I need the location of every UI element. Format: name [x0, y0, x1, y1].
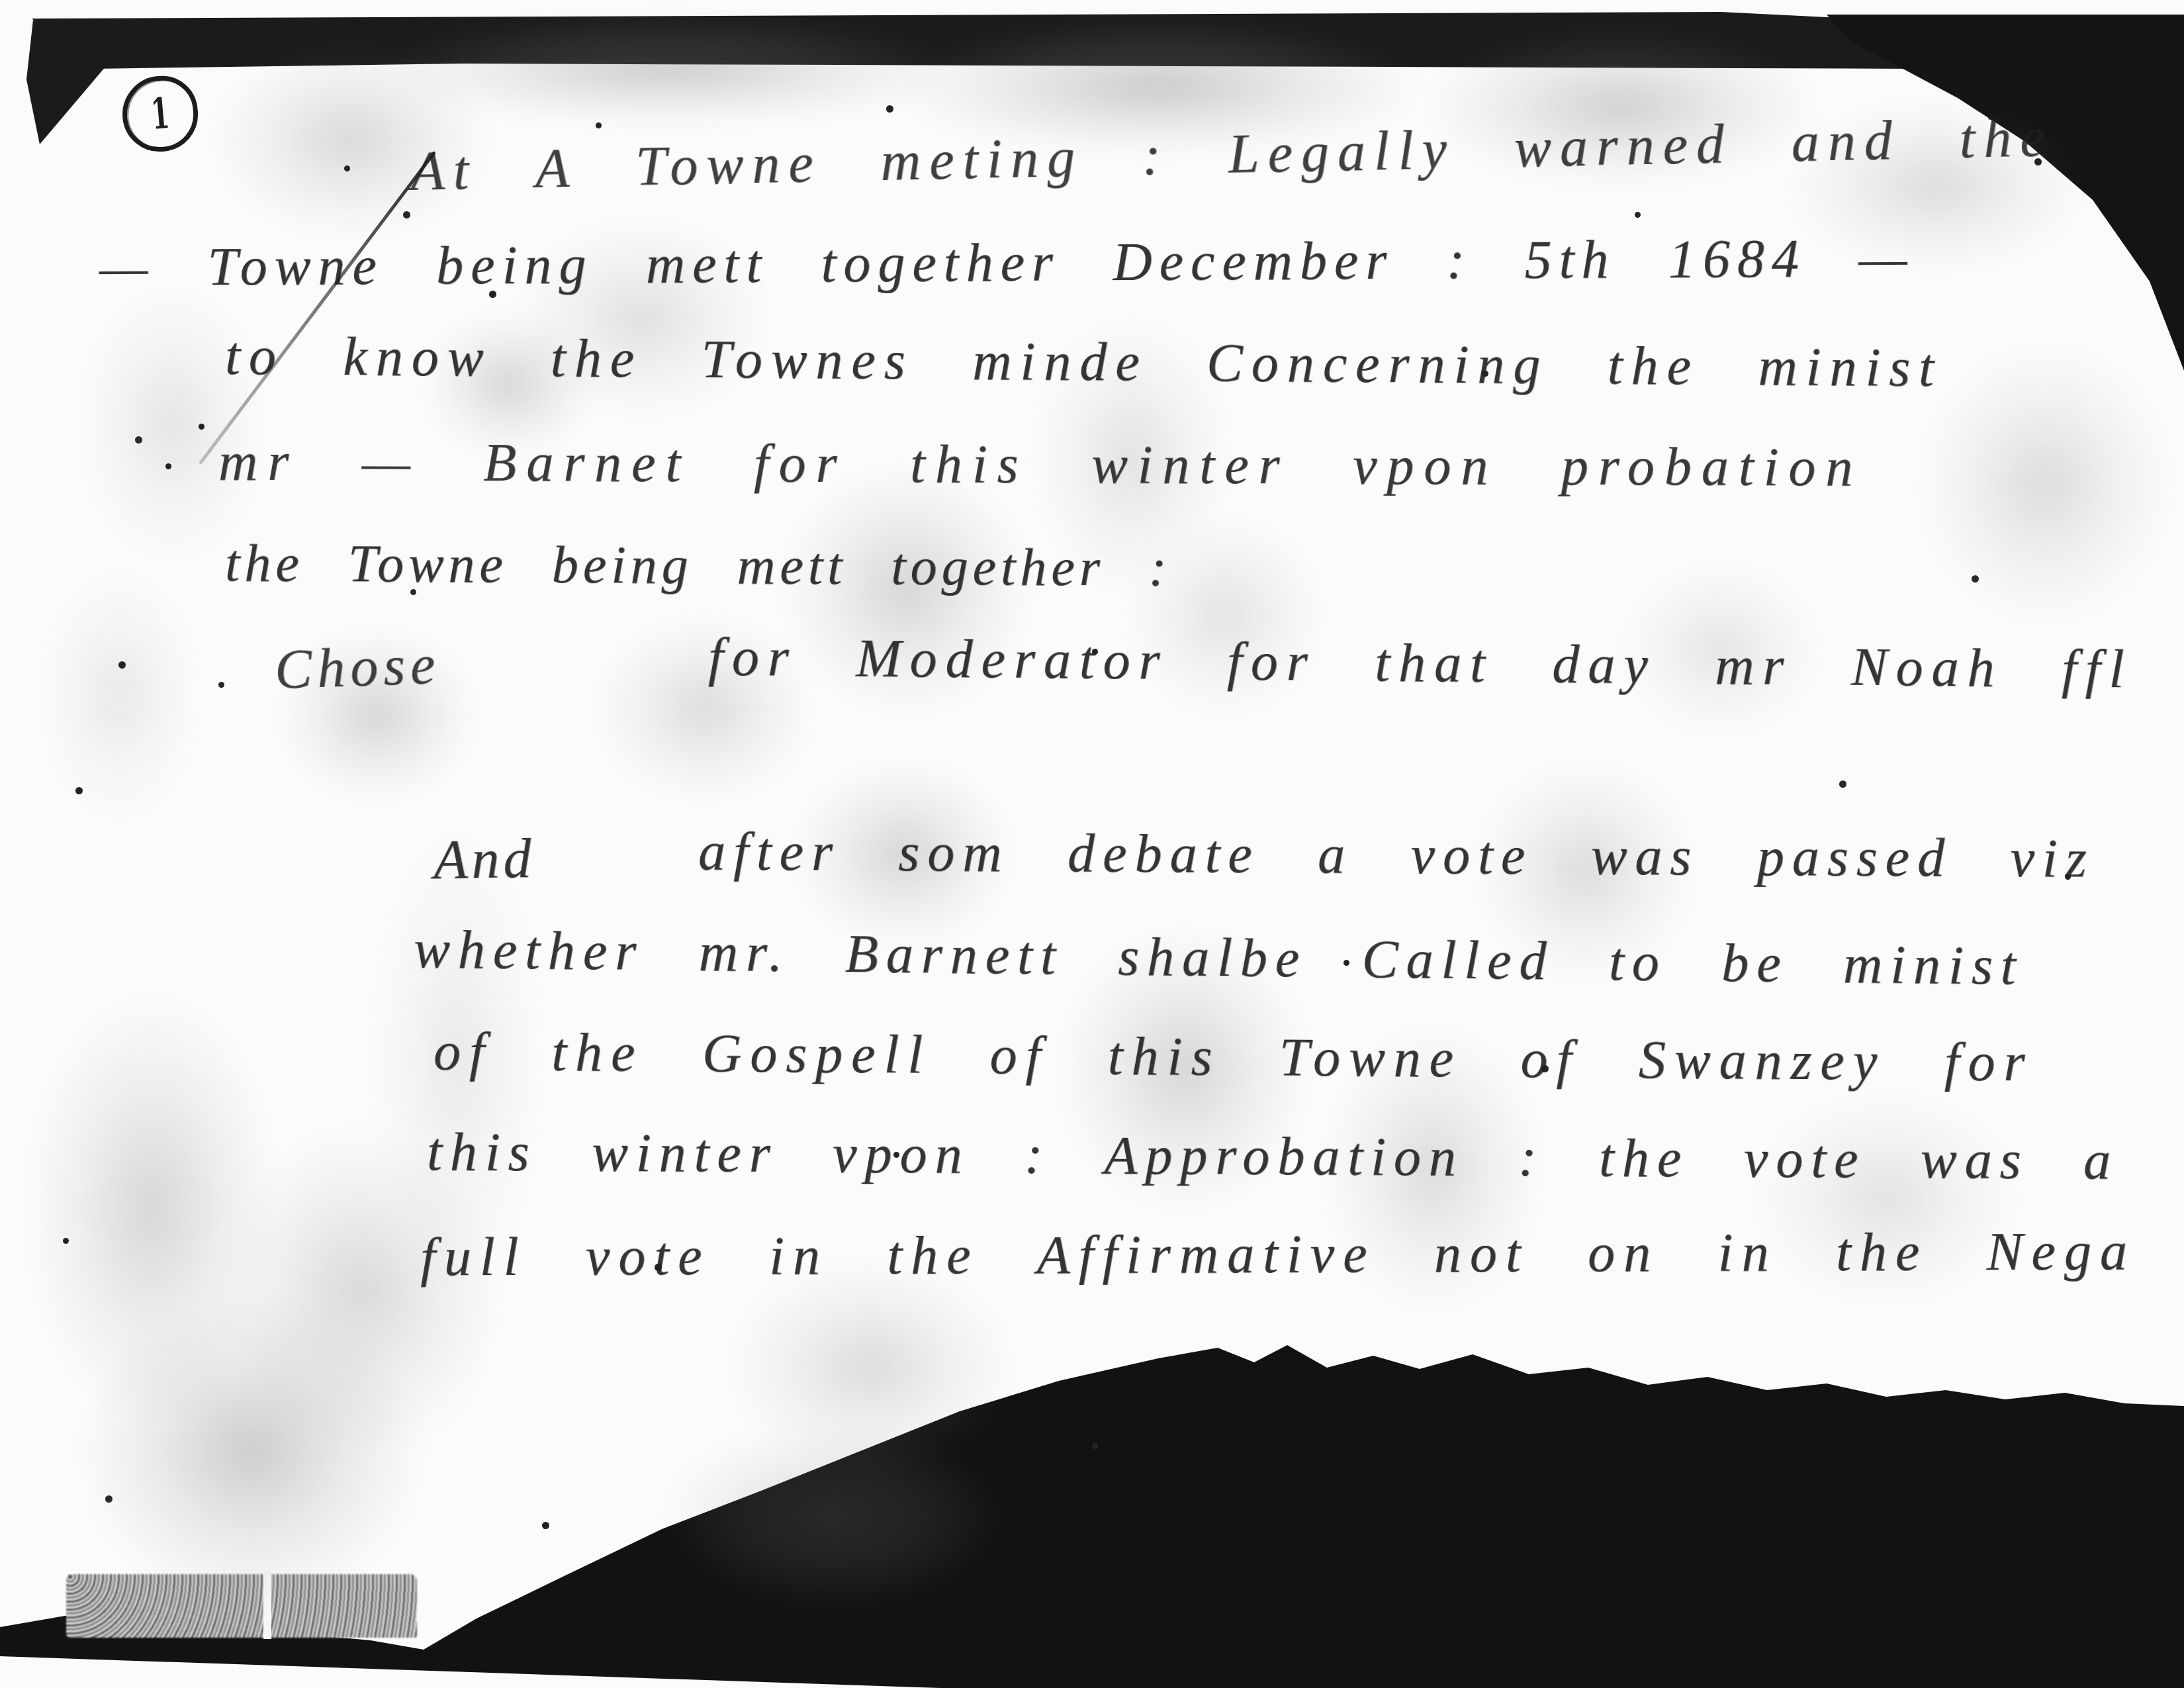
pen-flourish-stroke [199, 151, 436, 465]
manuscript-line-4: mr — Barnet for this winter vpon probati… [218, 431, 1863, 499]
manuscript-line-6a: Chose [273, 633, 441, 703]
scanned-manuscript-page: 1 At A Towne meting : Legally warned and… [0, 0, 2184, 1688]
stain [1919, 344, 2171, 622]
paper-shard-fragment [66, 1574, 417, 1638]
manuscript-line-11: full vote in the Affirmative not on in t… [420, 1220, 2136, 1288]
manuscript-line-1: At A Towne meting : Legally warned and t… [410, 105, 2054, 204]
paper-shard-gap [263, 1570, 271, 1639]
manuscript-line-7a: And [433, 827, 535, 893]
stain [40, 569, 199, 821]
manuscript-line-3: to know the Townes minde Concerning the … [225, 325, 1942, 399]
stain [26, 993, 278, 1423]
ink-specks [344, 165, 350, 171]
manuscript-line-6b: for Moderator for that day mr Noah ffl [708, 626, 2133, 701]
manuscript-line-9: of the Gospell of this Towne of Swanzey … [433, 1021, 2034, 1094]
manuscript-line-10: this winter vpon : Approbation : the vot… [427, 1121, 2118, 1192]
page-number-circle: 1 [119, 73, 201, 155]
manuscript-line-2: — Towne being mett together December : 5… [99, 227, 1915, 299]
page-number: 1 [149, 88, 171, 139]
manuscript-line-5: the Towne being mett together : [225, 534, 1171, 598]
stain [79, 1291, 424, 1609]
manuscript-line-7b: after som debate a vote was passed viz [698, 820, 2095, 890]
manuscript-line-8: whether mr. Barnett shalbe Called to be … [414, 918, 2024, 997]
